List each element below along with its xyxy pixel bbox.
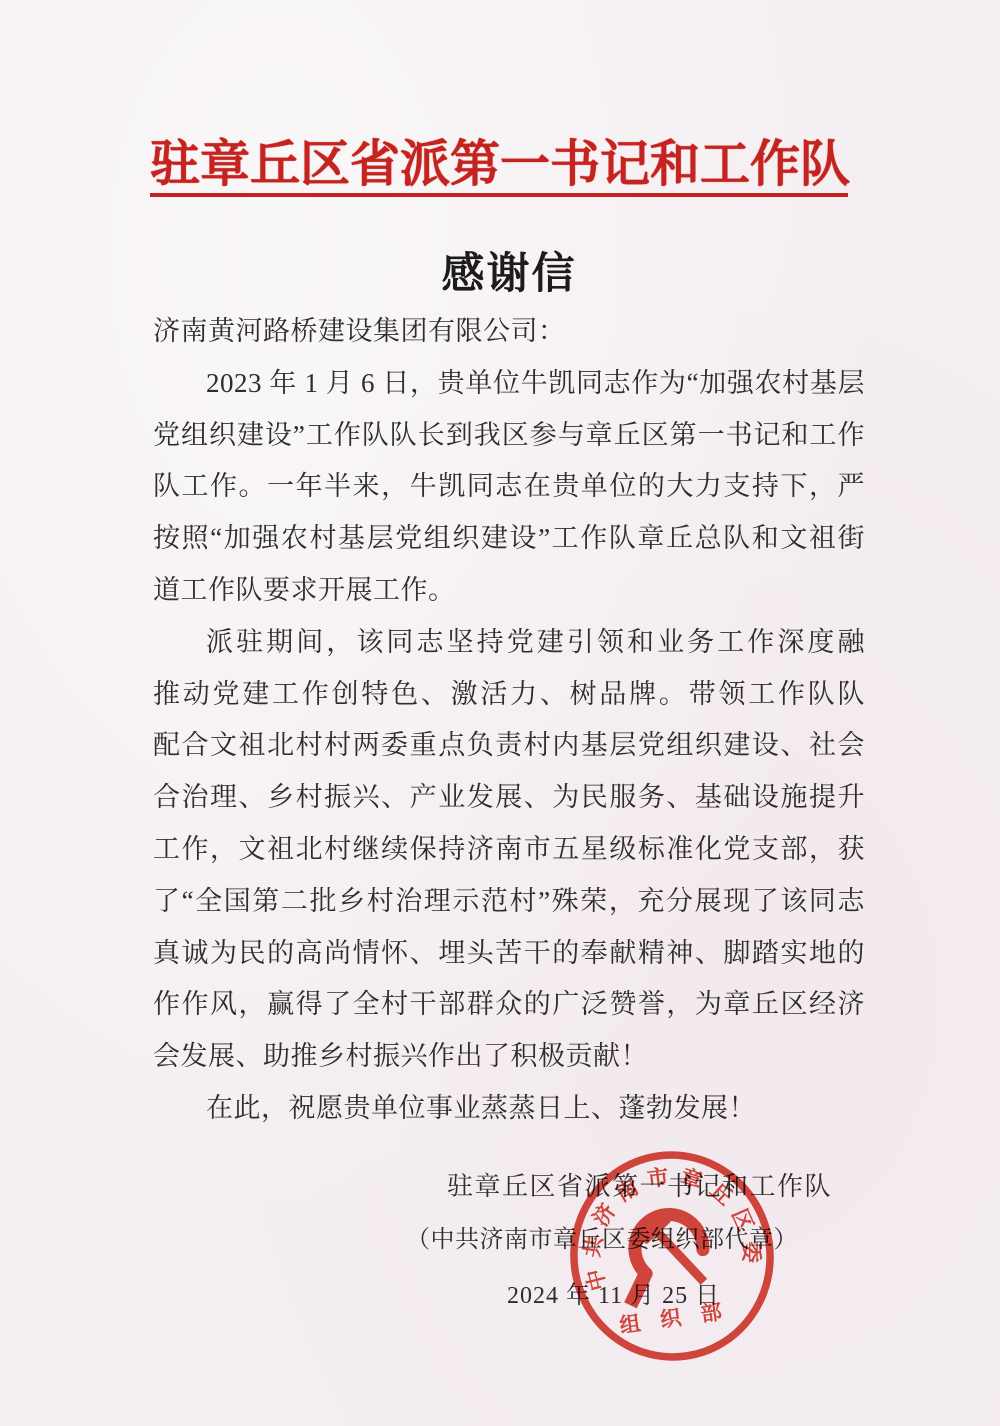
official-seal: 中共济南市章丘区委 组织部 [566,1148,778,1362]
letter-body: 济南黄河路桥建设集团有限公司：2023 年 1 月 6 日，贵单位牛凯同志作为“… [153,306,865,1135]
body-line: 工作，文祖北村继续保持济南市五星级标准化党支部，获得 [153,824,865,876]
letter-heading: 感谢信 [153,250,865,298]
letterhead-title: 驻章丘区省派第一书记和工作队 [0,136,1000,192]
party-emblem-icon [612,1204,710,1310]
body-line: 真诚为民的高尚情怀、埋头苦干的奉献精神、脚踏实地的工 [153,928,865,980]
body-line: 会发展、助推乡村振兴作出了积极贡献！ [153,1031,865,1083]
body-line: 在此，祝愿贵单位事业蒸蒸日上、蓬勃发展！ [153,1083,865,1135]
body-line: 党组织建设”工作队队长到我区参与章丘区第一书记和工作 [153,410,865,462]
body-line: 作作风，赢得了全村干部群众的广泛赞誉，为章丘区经济社 [153,979,865,1031]
letter-page: 驻章丘区省派第一书记和工作队 感谢信 济南黄河路桥建设集团有限公司：2023 年… [0,0,1000,1426]
body-line: 了“全国第二批乡村治理示范村”殊荣，充分展现了该同志 [153,876,865,928]
body-line: 合治理、乡村振兴、产业发展、为民服务、基础设施提升等 [153,772,865,824]
body-line: 道工作队要求开展工作。 [153,565,865,617]
body-line: 推动党建工作创特色、激活力、树品牌。带领工作队队员， [153,669,865,721]
body-line: 济南黄河路桥建设集团有限公司： [153,306,865,358]
body-line: 派驻期间，该同志坚持党建引领和业务工作深度融合， [153,617,865,669]
body-line: 配合文祖北村村两委重点负责村内基层党组织建设、社会综 [153,720,865,772]
body-line: 按照“加强农村基层党组织建设”工作队章丘总队和文祖街 [153,513,865,565]
body-line: 队工作。一年半来，牛凯同志在贵单位的大力支持下，严格 [153,461,865,513]
letterhead-underline [150,193,848,197]
body-line: 2023 年 1 月 6 日，贵单位牛凯同志作为“加强农村基层 [153,358,865,410]
